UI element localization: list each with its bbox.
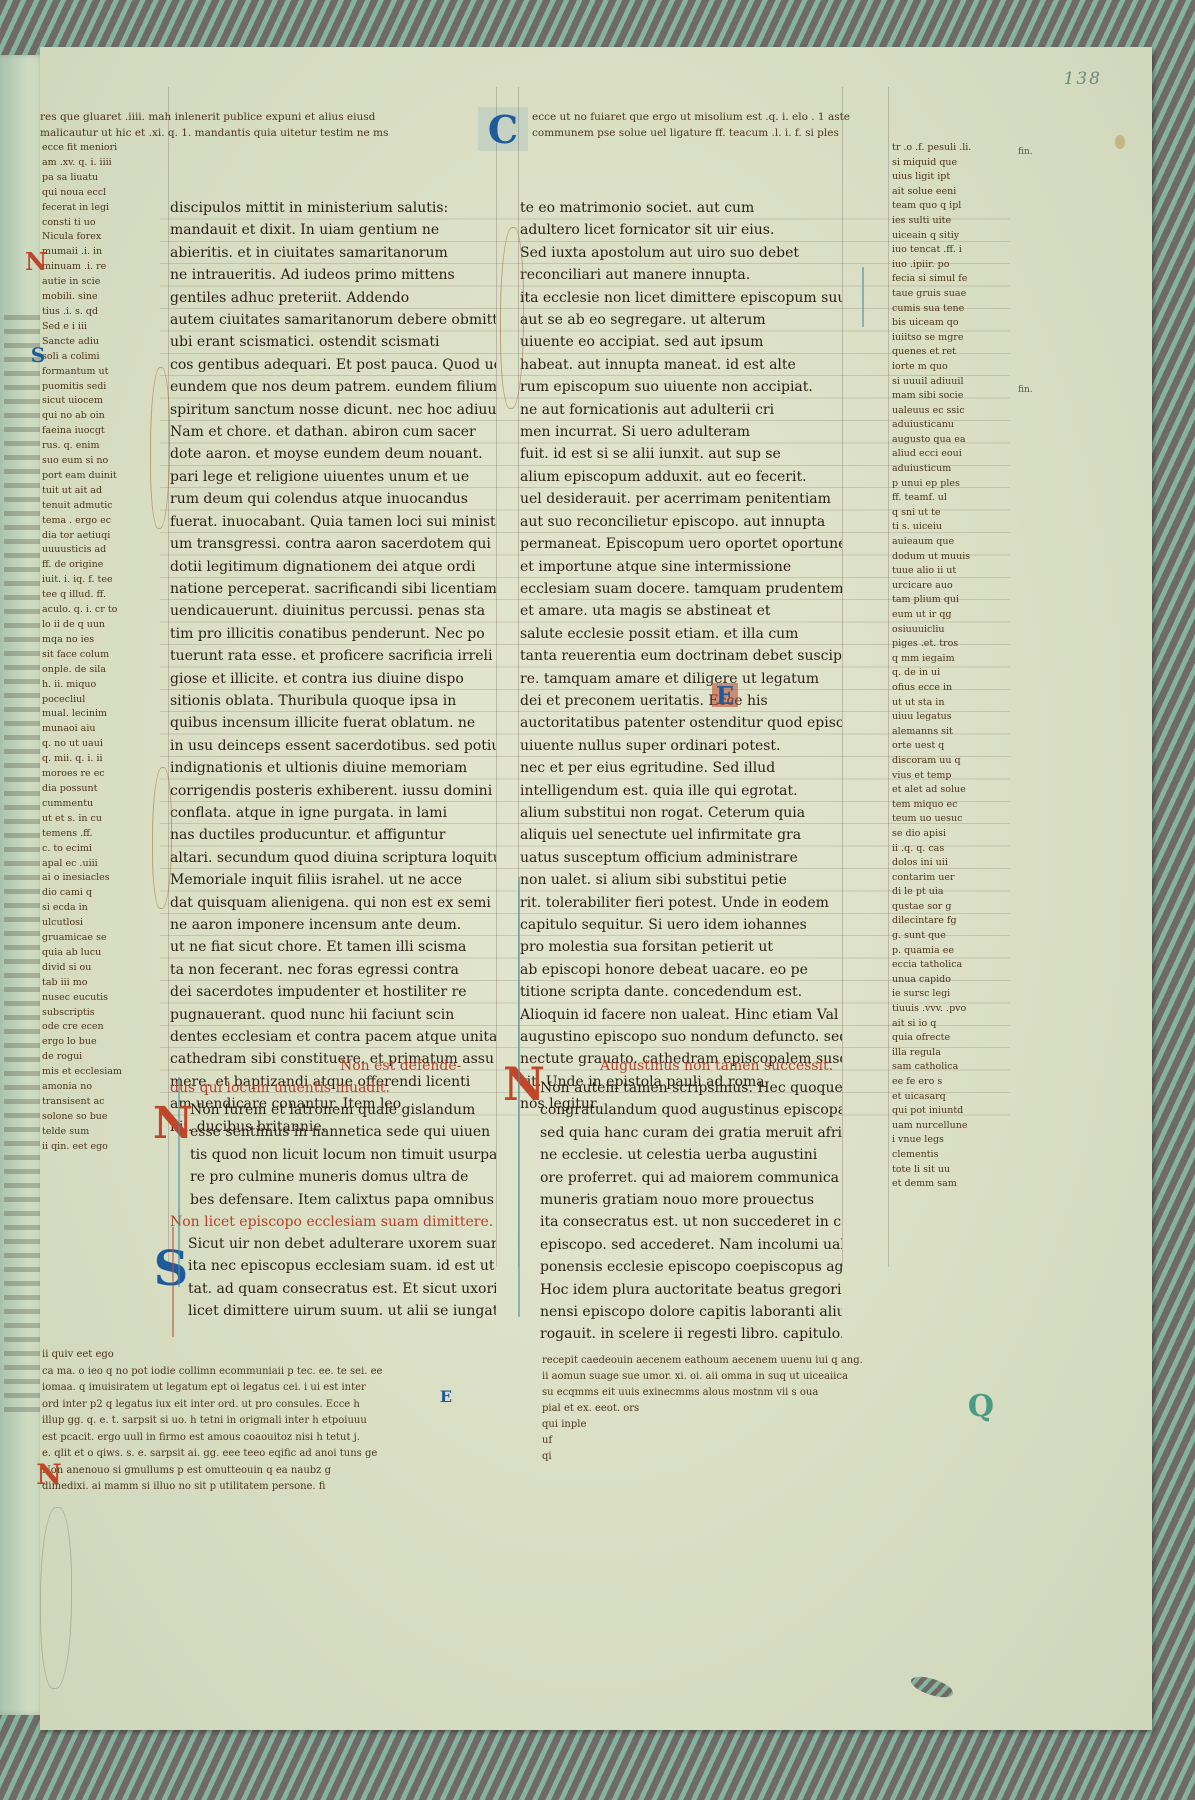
text-line: pro molestia sua forsitan petierit ut: [520, 936, 842, 958]
text-line: p unui ep ples: [892, 477, 1002, 492]
text-line: temens .ff.: [42, 827, 132, 842]
rubric-non-est-defendendus-2: dus qui locum uiuentis inuadit.: [170, 1077, 496, 1099]
text-line: nas ductiles producuntur. et affiguntur: [170, 824, 496, 846]
text-line: nusec eucutis: [42, 991, 132, 1006]
text-line: mual. lecinim: [42, 707, 132, 722]
text-line: men incurrat. Si uero adulteram: [520, 421, 842, 443]
text-line: ode cre ecen: [42, 1020, 132, 1035]
text-line: et importune atque sine intermissione: [520, 556, 842, 578]
text-line: ut ut sta in: [892, 696, 1002, 711]
text-line: ponensis ecclesie episcopo coepiscopus a…: [540, 1256, 842, 1278]
text-line: Hoc idem plura auctoritate beatus gregor…: [540, 1279, 842, 1301]
text-line: illup gg. q. e. t. sarpsit si uo. h tetn…: [42, 1413, 512, 1430]
text-line: quenes et ret: [892, 345, 1002, 360]
text-line: formantum ut: [42, 365, 132, 380]
text-line: ca ma. o ieo q no pot iodie collimn ecom…: [42, 1364, 512, 1381]
text-line: i vnue legs: [892, 1133, 1002, 1148]
text-line: ulcutlosi: [42, 916, 132, 931]
text-line: team quo q ipl: [892, 199, 1002, 214]
text-line: habeat. aut innupta maneat. id est alte: [520, 354, 842, 376]
text-line: q. no ut uaui: [42, 737, 132, 752]
text-line: iorte m quo: [892, 360, 1002, 375]
gloss-initial-e-bottom: E: [436, 1387, 456, 1405]
text-line: g. sunt que: [892, 929, 1002, 944]
text-line: q sni ut te: [892, 506, 1002, 521]
text-line: consti ti uo: [42, 216, 132, 231]
text-line: ii quiv eet ego: [42, 1347, 512, 1364]
gloss-line: res que gluaret .iiii. mah inlenerit pub…: [40, 109, 470, 125]
text-line: abieritis. et in ciuitates samaritanorum: [170, 242, 496, 264]
text-line: puomitis sedi: [42, 380, 132, 395]
text-line: intelligendum est. quia ille qui egrotat…: [520, 780, 842, 802]
text-line: uuuusticis ad: [42, 543, 132, 558]
text-line: ita consecratus est. ut non succederet i…: [540, 1211, 842, 1233]
rubric-line: Non est defende-: [170, 1055, 496, 1077]
text-line: ee fe ero s: [892, 1075, 1002, 1090]
text-line: fecia si simul fe: [892, 272, 1002, 287]
text-line: iuit. i. iq. f. tee: [42, 573, 132, 588]
text-line: ofius ecce in: [892, 681, 1002, 696]
text-line: mqa no ies: [42, 633, 132, 648]
text-line: iuiitso se mgre: [892, 331, 1002, 346]
text-line: vius et temp: [892, 769, 1002, 784]
text-line: um transgressi. contra aaron sacerdotem …: [170, 533, 496, 555]
text-line: Non furem et latronem quale gislandum: [190, 1099, 496, 1121]
text-line: augustino episcopo suo nondum defuncto. …: [520, 1026, 842, 1048]
text-line: dimedixi. ai mamm si illuo no sit p util…: [42, 1479, 512, 1496]
text-line: permaneat. Episcopum uero oportet oportu…: [520, 533, 842, 555]
gloss-bottom-left: ii quiv eet egoca ma. o ieo q no pot iod…: [42, 1347, 512, 1496]
ruling-col2-right: [842, 87, 843, 1267]
gloss-line: ecce ut no fuiaret que ergo ut misolium …: [532, 109, 1012, 125]
text-line: pari lege et religione uiuentes unum et …: [170, 466, 496, 488]
ruling-col1-right: [496, 87, 497, 1267]
text-line: q mm iegaim: [892, 652, 1002, 667]
text-line: bis uiceam qo: [892, 316, 1002, 331]
text-line: Sed e i iii: [42, 320, 132, 335]
text-line: si ecda in: [42, 901, 132, 916]
text-line: dilecintare fg: [892, 914, 1002, 929]
text-line: qi: [542, 1449, 1022, 1465]
text-line: moroes re ec: [42, 767, 132, 782]
text-line: fuerat. inuocabant. Quia tamen loci sui …: [170, 511, 496, 533]
text-line: munaoi aiu: [42, 722, 132, 737]
text-line: auctoritatibus patenter ostenditur quod …: [520, 712, 842, 734]
rubric-line: Augustinus non tamen successit.: [520, 1055, 842, 1077]
text-line: urcicare auo: [892, 579, 1002, 594]
rubric-line: Non licet episcopo ecclesiam suam dimitt…: [170, 1211, 496, 1233]
text-line: qui no ab oin: [42, 409, 132, 424]
text-line: conflata. atque in igne purgata. in lami: [170, 802, 496, 824]
text-line: uius ligit ipt: [892, 170, 1002, 185]
text-line: contarim uer: [892, 871, 1002, 886]
text-line: natione perceperat. sacrificandi sibi li…: [170, 578, 496, 600]
text-line: adultero licet fornicator sit uir eius.: [520, 219, 842, 241]
text-line: eum ut ir qg: [892, 608, 1002, 623]
text-line: q. mii. q. i. ii: [42, 752, 132, 767]
text-line: alemanns sit: [892, 725, 1002, 740]
text-line: di le pt uia: [892, 885, 1002, 900]
text-line: tem miquo ec: [892, 798, 1002, 813]
text-line: ti s. uiceiu: [892, 520, 1002, 535]
gloss-top-left: res que gluaret .iiii. mah inlenerit pub…: [40, 109, 470, 141]
text-line: Nicula forex: [42, 230, 132, 245]
text-line: piges .et. tros: [892, 637, 1002, 652]
text-line: uiuente eo accipiat. sed aut ipsum: [520, 331, 842, 353]
text-line: licet dimittere uirum suum. ut alii se i…: [188, 1300, 496, 1322]
text-line: ies sulti uite: [892, 214, 1002, 229]
text-line: dei et preconem ueritatis. Ecce his: [520, 690, 842, 712]
gloss-left-column: ecce fit menioriam .xv. q. i. iiiipa sa …: [42, 141, 132, 1155]
text-line: gentiles adhuc preteriit. Addendo: [170, 287, 496, 309]
text-line: corrigendis posteris exhiberent. iussu d…: [170, 780, 496, 802]
text-line: ecce fit meniori: [42, 141, 132, 156]
rubric-non-licet-episcopo: Non licet episcopo ecclesiam suam dimitt…: [170, 1211, 496, 1233]
text-line: uf: [542, 1433, 1022, 1449]
flourish-left-2: [152, 767, 172, 909]
text-line: tiuuis .vvv. .pvo: [892, 1002, 1002, 1017]
stain-spot: [1115, 135, 1125, 149]
gloss-line: communem pse solue uel ligature ff. teac…: [532, 125, 1012, 141]
text-block-sicut-uir: Sicut uir non debet adulterare uxorem su…: [188, 1233, 496, 1323]
text-line: solone so bue: [42, 1110, 132, 1125]
text-line: ubi erant scismatici. ostendit scismati: [170, 331, 496, 353]
text-line: telde sum: [42, 1125, 132, 1140]
text-line: discipulos mittit in ministerium salutis…: [170, 197, 496, 219]
text-line: ab episcopi honore debeat uacare. eo pe: [520, 959, 842, 981]
text-line: autie in scie: [42, 275, 132, 290]
text-line: et uicasarq: [892, 1090, 1002, 1105]
ruling-gloss-right: [888, 87, 889, 1267]
text-line: si uuuil adiuuil: [892, 375, 1002, 390]
text-line: ualeuus ec ssic: [892, 404, 1002, 419]
text-line: et alet ad solue: [892, 783, 1002, 798]
text-line: titione scripta dante. concedendum est.: [520, 981, 842, 1003]
text-line: uiuente nullus super ordinari potest.: [520, 735, 842, 757]
text-line: sed quia hanc curam dei gratia meruit af…: [540, 1122, 842, 1144]
text-line: Nam et chore. et dathan. abiron cum sace…: [170, 421, 496, 443]
text-line: re. tamquam amare et diligere ut legatum: [520, 668, 842, 690]
text-line: dentes ecclesiam et contra pacem atque u…: [170, 1026, 496, 1048]
text-line: mam sibi socie: [892, 389, 1002, 404]
text-line: aduiusticanu: [892, 418, 1002, 433]
text-line: tat. ad quam consecratus est. Et sicut u…: [188, 1278, 496, 1300]
text-line: ne intraueritis. Ad iudeos primo mittens: [170, 264, 496, 286]
text-line: aduiusticum: [892, 462, 1002, 477]
flourish-right-1: [500, 227, 524, 409]
text-line: ore proferret. qui ad maiorem communica: [540, 1167, 842, 1189]
text-line: transisent ac: [42, 1095, 132, 1110]
flourish-left-1: [150, 367, 170, 529]
text-line: pugnauerant. quod nunc hii faciunt scin: [170, 1004, 496, 1026]
text-line: p. quamia ee: [892, 944, 1002, 959]
text-line: ff. de origine: [42, 558, 132, 573]
text-line: uendicauerunt. diuinitus percussi. penas…: [170, 600, 496, 622]
text-line: tanta reuerentia eum doctrinam debet sus…: [520, 645, 842, 667]
text-line: Sed iuxta apostolum aut uiro suo debet: [520, 242, 842, 264]
text-line: recepit caedeouin aecenem eathoum aecene…: [542, 1353, 1022, 1369]
initial-n-red: N: [158, 1099, 188, 1147]
text-line: tema . ergo ec: [42, 514, 132, 529]
text-line: bes defensare. Item calixtus papa omnibu…: [190, 1189, 496, 1211]
text-line: ita nec episcopus ecclesiam suam. id est…: [188, 1255, 496, 1277]
text-line: gruamicae se: [42, 931, 132, 946]
text-line: ff. teamf. ul: [892, 491, 1002, 506]
text-line: taue gruis suae: [892, 287, 1002, 302]
text-line: quia ab lucu: [42, 946, 132, 961]
text-line: ita ecclesie non licet dimittere episcop…: [520, 287, 842, 309]
text-line: tis quod non licuit locum non timuit usu…: [190, 1144, 496, 1166]
text-line: ne aut fornicationis aut adulterii cri: [520, 399, 842, 421]
text-line: clementis: [892, 1148, 1002, 1163]
text-line: de rogui: [42, 1050, 132, 1065]
penwork-blue-right: [518, 877, 523, 1317]
text-line: te eo matrimonio societ. aut cum: [520, 197, 842, 219]
text-line: pocecliul: [42, 693, 132, 708]
manuscript-leaf: 138 res que gluaret .iiii. mah inlenerit…: [40, 47, 1152, 1730]
text-line: sicut uiocem: [42, 394, 132, 409]
text-line: q. de in ui: [892, 666, 1002, 681]
text-line: Memoriale inquit filiis israhel. ut ne a…: [170, 869, 496, 891]
text-line: quia ofrecte: [892, 1031, 1002, 1046]
text-line: salute ecclesie possit etiam. et illa cu…: [520, 623, 842, 645]
text-line: tee q illud. ff.: [42, 588, 132, 603]
text-line: tuue alio ii ut: [892, 564, 1002, 579]
text-line: subscriptis: [42, 1006, 132, 1021]
rubric-augustinus: Augustinus non tamen successit.: [520, 1055, 842, 1077]
text-line: h. ii. miquo: [42, 678, 132, 693]
text-line: amonia no: [42, 1080, 132, 1095]
facing-page-text-lines: [4, 315, 42, 1415]
text-line: uiceain q sitiy: [892, 229, 1002, 244]
text-line: eccia tatholica: [892, 958, 1002, 973]
text-line: mumaii .i. in: [42, 245, 132, 260]
text-line: Sicut uir non debet adulterare uxorem su…: [188, 1233, 496, 1255]
text-line: cos gentibus adequari. Et post pauca. Qu…: [170, 354, 496, 376]
text-line: ergo lo bue: [42, 1035, 132, 1050]
text-line: iuo .ipiir. po: [892, 258, 1002, 273]
text-line: cummentu: [42, 797, 132, 812]
text-line: ut et s. in cu: [42, 812, 132, 827]
text-line: osiuuuicliu: [892, 623, 1002, 638]
text-line: ait solue eeni: [892, 185, 1002, 200]
text-line: fuit. id est si se alii iunxit. aut sup …: [520, 443, 842, 465]
text-column-right: te eo matrimonio societ. aut cumadultero…: [520, 197, 842, 1116]
hole-in-parchment: [909, 1673, 956, 1702]
text-line: tim pro illicitis conatibus penderunt. N…: [170, 623, 496, 645]
text-line: mandauit et dixit. In uiam gentium ne: [170, 219, 496, 241]
text-line: se dio apisi: [892, 827, 1002, 842]
text-line: alium episcopum adduxit. aut eo fecerit.: [520, 466, 842, 488]
text-line: tr .o .f. pesuli .li.: [892, 141, 1002, 156]
penwork-red-left: [172, 1227, 177, 1337]
text-line: qui pot iniuntd: [892, 1104, 1002, 1119]
text-line: ie sursc legi: [892, 987, 1002, 1002]
gloss-initial-n: N: [24, 247, 48, 275]
text-line: uam nurcellune: [892, 1119, 1002, 1134]
text-line: in usu deinceps essent sacerdotibus. sed…: [170, 735, 496, 757]
text-line: aut suo reconcilietur episcopo. aut innu…: [520, 511, 842, 533]
text-line: eundem que nos deum patrem. eundem filiu…: [170, 376, 496, 398]
text-line: tam plium qui: [892, 593, 1002, 608]
text-line: am .xv. q. i. iiii: [42, 156, 132, 171]
initial-n-red-2: N: [508, 1059, 540, 1109]
text-line: sit face colum: [42, 648, 132, 663]
gloss-initial-s: S: [28, 343, 48, 367]
text-line: aliud ecci eoui: [892, 447, 1002, 462]
text-line: est pcacit. ergo uull in firmo est amous…: [42, 1430, 512, 1447]
text-line: ta non fecerant. nec foras egressi contr…: [170, 959, 496, 981]
text-line: dia tor aetiuqi: [42, 529, 132, 544]
gloss-top-right: ecce ut no fuiaret que ergo ut misolium …: [532, 109, 1012, 141]
text-line: ne ecclesie. ut celestia uerba augustini: [540, 1144, 842, 1166]
text-line: giose et illicite. et contra ius diuine …: [170, 668, 496, 690]
text-line: rogauit. in scelere ii regesti libro. ca…: [540, 1323, 842, 1345]
text-line: tab iii mo: [42, 976, 132, 991]
text-line: c. to ecimi: [42, 842, 132, 857]
text-line: rit. tolerabiliter fieri potest. Unde in…: [520, 892, 842, 914]
text-line: spiritum sanctum nosse dicunt. nec hoc a…: [170, 399, 496, 421]
text-line: augusto qua ea: [892, 433, 1002, 448]
text-line: nec et per eius egritudine. Sed illud: [520, 757, 842, 779]
text-line: Non anenouo si gmullums p est omutteouin…: [42, 1463, 512, 1480]
text-line: mobili. sine: [42, 290, 132, 305]
text-line: dotii legitimum dignationem dei atque or…: [170, 556, 496, 578]
text-line: muneris gratiam nouo more prouectus: [540, 1189, 842, 1211]
text-line: tuit ut ait ad: [42, 484, 132, 499]
text-line: tote li sit uu: [892, 1163, 1002, 1178]
text-line: discoram uu q: [892, 754, 1002, 769]
text-line: autem ciuitates samaritanorum debere obm…: [170, 309, 496, 331]
text-line: qui inple: [542, 1417, 1022, 1433]
text-line: mis et ecclesiam: [42, 1065, 132, 1080]
text-line: ii aomun suage sue umor. xi. oi. aii omm…: [542, 1369, 1022, 1385]
text-line: re pro culmine muneris domus ultra de: [190, 1166, 496, 1188]
text-line: dote aaron. et moyse eundem deum nouant.: [170, 443, 496, 465]
gloss-bottom-right: recepit caedeouin aecenem eathoum aecene…: [542, 1353, 1022, 1465]
text-line: quibus incensum illicite fuerat oblatum.…: [170, 712, 496, 734]
text-line: faeina iuocgt: [42, 424, 132, 439]
gloss-initial-n-bottom: N: [36, 1457, 62, 1491]
text-line: indignationis et ultionis diuine memoria…: [170, 757, 496, 779]
text-line: Non autem tamen scripsimus. Hec quoque: [540, 1077, 842, 1099]
initial-e-blue-red: E: [712, 683, 738, 707]
text-line: divid si ou: [42, 961, 132, 976]
text-line: reconciliari aut manere innupta.: [520, 264, 842, 286]
text-line: orte uest q: [892, 739, 1002, 754]
text-line: sam catholica: [892, 1060, 1002, 1075]
text-line: aut se ab eo segregare. ut alterum: [520, 309, 842, 331]
text-line: ii .q. q. cas: [892, 842, 1002, 857]
text-line: et amare. uta magis se abstineat et: [520, 600, 842, 622]
text-block-non-autem: Non autem tamen scripsimus. Hec quoqueco…: [540, 1077, 842, 1346]
text-line: dat quisquam alienigena. qui non est ex …: [170, 892, 496, 914]
text-line: aliquis uel senectute uel infirmitate gr…: [520, 824, 842, 846]
text-line: Alioquin id facere non ualeat. Hinc etia…: [520, 1004, 842, 1026]
text-line: et demm sam: [892, 1177, 1002, 1192]
text-line: onple. de sila: [42, 663, 132, 678]
text-line: capitulo sequitur. Si uero idem iohannes: [520, 914, 842, 936]
text-line: dio cami q: [42, 886, 132, 901]
text-line: uiuu legatus: [892, 710, 1002, 725]
text-line: altari. secundum quod diuina scriptura l…: [170, 847, 496, 869]
text-line: nensi episcopo dolore capitis laboranti …: [540, 1301, 842, 1323]
penwork-blue-margin: [862, 267, 867, 327]
text-line: alium substitui non rogat. Ceterum quia: [520, 802, 842, 824]
gloss-initial-q-green: Q: [966, 1391, 996, 1421]
text-line: tuerunt rata esse. et proficere sacrific…: [170, 645, 496, 667]
text-line: ecclesiam suam docere. tamquam prudentem…: [520, 578, 842, 600]
text-line: illa regula: [892, 1046, 1002, 1061]
text-line: sitionis oblata. Thuribula quoque ipsa i…: [170, 690, 496, 712]
text-line: su ecqmms eit uuis exinecmms alous mostn…: [542, 1385, 1022, 1401]
flourish-bottom-left: [40, 1507, 72, 1689]
text-line: dodum ut muuis: [892, 550, 1002, 565]
text-line: si miquid que: [892, 156, 1002, 171]
rubric-non-est-defendendus: Non est defende-: [170, 1055, 496, 1077]
text-line: uatus susceptum officium administrare: [520, 847, 842, 869]
text-line: rus. q. enim: [42, 439, 132, 454]
text-line: apal ec .uiii: [42, 857, 132, 872]
text-line: teum uo uesuc: [892, 812, 1002, 827]
text-line: lo ii de q uun: [42, 618, 132, 633]
text-line: episcopo. sed accederet. Nam incolumi ua…: [540, 1234, 842, 1256]
text-line: port eam duinit: [42, 469, 132, 484]
text-line: pa sa liuatu: [42, 171, 132, 186]
gloss-right-column: tr .o .f. pesuli .li.si miquid queuius l…: [892, 141, 1002, 1192]
text-line: soli a colimi: [42, 350, 132, 365]
text-line: rum episcopum suo uiuente non accipiat.: [520, 376, 842, 398]
text-line: tenuit admutic: [42, 499, 132, 514]
text-line: minuam .i. re: [42, 260, 132, 275]
text-line: suo eum si no: [42, 454, 132, 469]
text-line: aculo. q. i. cr to: [42, 603, 132, 618]
text-line: fecerat in legi: [42, 201, 132, 216]
text-line: unua capido: [892, 973, 1002, 988]
text-line: congratulandum quod augustinus episcopat…: [540, 1099, 842, 1121]
text-line: dia possunt: [42, 782, 132, 797]
text-line: ait si io q: [892, 1017, 1002, 1032]
margin-note: fin.: [1018, 147, 1033, 157]
text-line: ut ne fiat sicut chore. Et tamen illi sc…: [170, 936, 496, 958]
text-line: uel desiderauit. per acerrimam penitenti…: [520, 488, 842, 510]
folio-number: 138: [1064, 69, 1102, 89]
text-line: cumis sua tene: [892, 302, 1002, 317]
text-line: dolos ini uii: [892, 856, 1002, 871]
text-line: e. qlit et o qiws. s. e. sarpsit ai. gg.…: [42, 1446, 512, 1463]
gloss-line: malicautur ut hic et .xi. q. 1. mandanti…: [40, 125, 470, 141]
text-line: qui noua eccl: [42, 186, 132, 201]
text-line: non ualet. si alium sibi substitui petie: [520, 869, 842, 891]
margin-note: fin.: [1018, 385, 1033, 395]
decorated-initial-ca: C: [478, 107, 528, 151]
text-line: dei sacerdotes impudenter et hostiliter …: [170, 981, 496, 1003]
text-line: qustae sor g: [892, 900, 1002, 915]
ruling-left: [168, 87, 169, 1267]
text-line: tius .i. s. qd: [42, 305, 132, 320]
text-column-left: discipulos mittit in ministerium salutis…: [170, 197, 496, 1138]
rubric-line: dus qui locum uiuentis inuadit.: [170, 1077, 496, 1099]
text-line: Sancte adiu: [42, 335, 132, 350]
text-line: ii qin. eet ego: [42, 1140, 132, 1155]
text-line: ai o inesiacles: [42, 871, 132, 886]
text-line: iuo tencat .ff. i: [892, 243, 1002, 258]
penwork-blue-left: [178, 1077, 183, 1287]
text-block-non-furem: Non furem et latronem quale gislandumess…: [190, 1099, 496, 1211]
text-line: rum deum qui colendus atque inuocandus: [170, 488, 496, 510]
text-line: esse sentimus in nannetica sede qui uiue…: [190, 1121, 496, 1143]
text-line: pial et ex. eeot. ors: [542, 1401, 1022, 1417]
